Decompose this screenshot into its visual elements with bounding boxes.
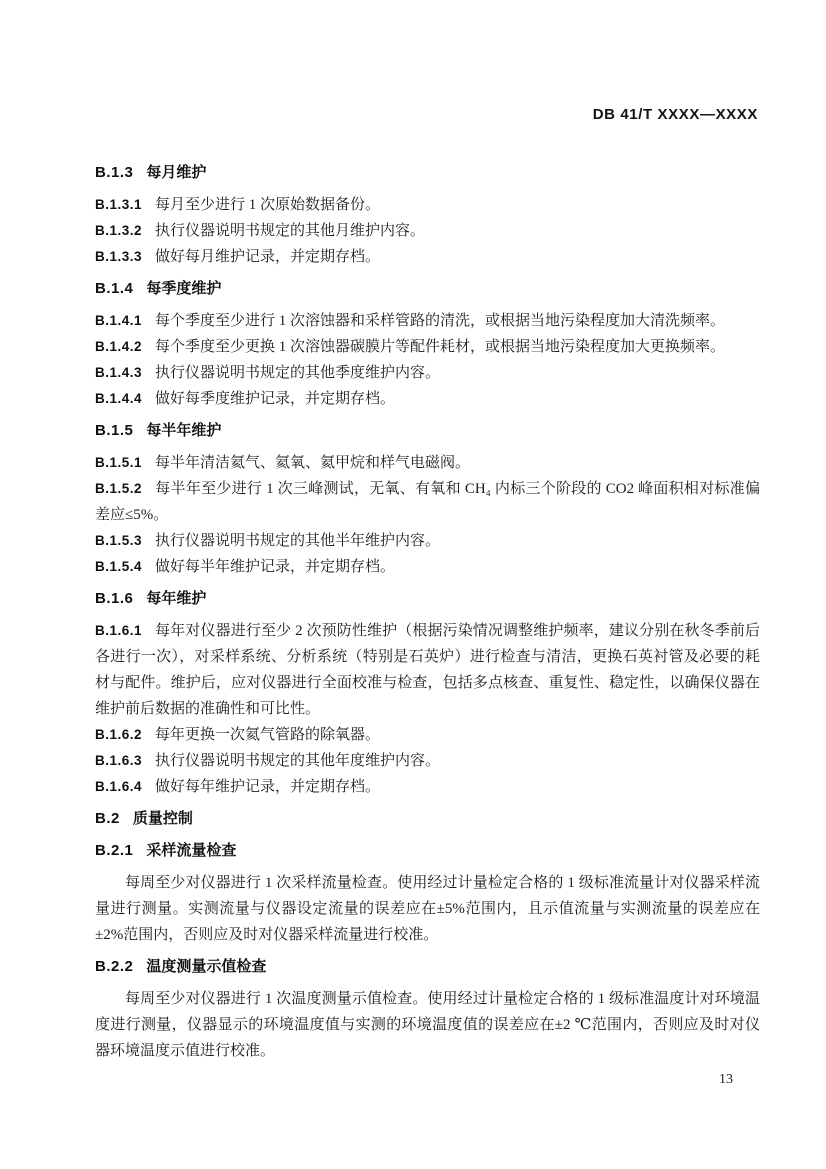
- clause-text: 执行仪器说明书规定的其他季度维护内容。: [155, 365, 440, 381]
- section-heading: B.2.2温度测量示值检查: [95, 954, 760, 980]
- paragraph-text: 每周至少对仪器进行 1 次采样流量检查。使用经过计量检定合格的 1 级标准流量计…: [95, 875, 760, 943]
- clause-text: 做好每年维护记录，并定期存档。: [155, 779, 380, 795]
- clause: B.1.6.1每年对仪器进行至少 2 次预防性维护（根据污染情况调整维护频率，建…: [95, 618, 760, 722]
- section-heading: B.2.1采样流量检查: [95, 838, 760, 864]
- section-heading: B.2质量控制: [95, 806, 760, 832]
- clause-text: 每个季度至少更换 1 次溶蚀器碳膜片等配件耗材，或根据当地污染程度加大更换频率。: [155, 339, 725, 355]
- clause: B.1.4.2每个季度至少更换 1 次溶蚀器碳膜片等配件耗材，或根据当地污染程度…: [95, 334, 760, 360]
- paragraph-text: 每周至少对仪器进行 1 次温度测量示值检查。使用经过计量检定合格的 1 级标准温…: [95, 991, 760, 1059]
- clause-text: 每年更换一次氦气管路的除氧器。: [155, 727, 380, 743]
- clause: B.1.4.3执行仪器说明书规定的其他季度维护内容。: [95, 360, 760, 386]
- clause: B.1.4.4做好每季度维护记录，并定期存档。: [95, 386, 760, 412]
- clause-number: B.1.3.3: [95, 249, 142, 264]
- clause-text: 执行仪器说明书规定的其他年度维护内容。: [155, 753, 440, 769]
- heading-title: 每月维护: [146, 164, 206, 181]
- clause-number: B.1.6.2: [95, 727, 142, 742]
- heading-number: B.1.5: [95, 422, 133, 439]
- clause-text: 每月至少进行 1 次原始数据备份。: [155, 197, 380, 213]
- heading-number: B.1.4: [95, 280, 133, 297]
- clause: B.1.3.3做好每月维护记录，并定期存档。: [95, 244, 760, 270]
- clause-number: B.1.4.4: [95, 391, 142, 406]
- clause-number: B.1.6.3: [95, 753, 142, 768]
- clause-text: 执行仪器说明书规定的其他半年维护内容。: [155, 533, 440, 549]
- heading-title: 每半年维护: [146, 422, 221, 439]
- heading-number: B.1.6: [95, 590, 133, 607]
- clause: B.1.4.1每个季度至少进行 1 次溶蚀器和采样管路的清洗，或根据当地污染程度…: [95, 308, 760, 334]
- clause-text: 做好每月维护记录，并定期存档。: [155, 249, 380, 265]
- clause-text: 每半年清洁氦气、氦氧、氦甲烷和样气电磁阀。: [155, 455, 470, 471]
- heading-title: 温度测量示值检查: [146, 958, 266, 975]
- clause-text: 执行仪器说明书规定的其他月维护内容。: [155, 223, 425, 239]
- body-paragraph: 每周至少对仪器进行 1 次采样流量检查。使用经过计量检定合格的 1 级标准流量计…: [95, 870, 760, 948]
- heading-number: B.2.2: [95, 958, 133, 975]
- standard-number-header: DB 41/T XXXX—XXXX: [593, 106, 758, 123]
- clause-number: B.1.5.4: [95, 559, 142, 574]
- body-paragraph: 每周至少对仪器进行 1 次温度测量示值检查。使用经过计量检定合格的 1 级标准温…: [95, 986, 760, 1064]
- clause-text: 每半年至少进行 1 次三峰测试，无氧、有氧和 CH₄ 内标三个阶段的 CO2 峰…: [95, 481, 760, 523]
- clause: B.1.5.3执行仪器说明书规定的其他半年维护内容。: [95, 528, 760, 554]
- document-page: DB 41/T XXXX—XXXX B.1.3每月维护B.1.3.1每月至少进行…: [0, 0, 826, 1169]
- clause-number: B.1.6.1: [95, 623, 142, 638]
- heading-number: B.2: [95, 810, 120, 827]
- clause-text: 做好每半年维护记录，并定期存档。: [155, 559, 395, 575]
- clause-number: B.1.5.1: [95, 455, 142, 470]
- clause: B.1.3.1每月至少进行 1 次原始数据备份。: [95, 192, 760, 218]
- clause-number: B.1.4.2: [95, 339, 142, 354]
- clause: B.1.6.2每年更换一次氦气管路的除氧器。: [95, 722, 760, 748]
- clause: B.1.5.1每半年清洁氦气、氦氧、氦甲烷和样气电磁阀。: [95, 450, 760, 476]
- heading-number: B.1.3: [95, 164, 133, 181]
- page-number: 13: [719, 1072, 733, 1088]
- section-heading: B.1.4每季度维护: [95, 276, 760, 302]
- clause-number: B.1.6.4: [95, 779, 142, 794]
- clause-number: B.1.3.1: [95, 197, 142, 212]
- clause: B.1.6.4做好每年维护记录，并定期存档。: [95, 774, 760, 800]
- clause-text: 每年对仪器进行至少 2 次预防性维护（根据污染情况调整维护频率，建议分别在秋冬季…: [95, 623, 760, 717]
- doc-body: B.1.3每月维护B.1.3.1每月至少进行 1 次原始数据备份。B.1.3.2…: [95, 160, 760, 1064]
- clause-number: B.1.4.1: [95, 313, 142, 328]
- section-heading: B.1.3每月维护: [95, 160, 760, 186]
- clause: B.1.5.4做好每半年维护记录，并定期存档。: [95, 554, 760, 580]
- heading-title: 采样流量检查: [146, 842, 236, 859]
- clause-text: 做好每季度维护记录，并定期存档。: [155, 391, 395, 407]
- clause-number: B.1.4.3: [95, 365, 142, 380]
- clause-number: B.1.3.2: [95, 223, 142, 238]
- clause-number: B.1.5.3: [95, 533, 142, 548]
- clause-number: B.1.5.2: [95, 481, 142, 496]
- section-heading: B.1.5每半年维护: [95, 418, 760, 444]
- clause: B.1.6.3执行仪器说明书规定的其他年度维护内容。: [95, 748, 760, 774]
- heading-title: 每年维护: [146, 590, 206, 607]
- heading-title: 每季度维护: [146, 280, 221, 297]
- section-heading: B.1.6每年维护: [95, 586, 760, 612]
- clause-text: 每个季度至少进行 1 次溶蚀器和采样管路的清洗，或根据当地污染程度加大清洗频率。: [155, 313, 725, 329]
- heading-number: B.2.1: [95, 842, 133, 859]
- clause: B.1.5.2每半年至少进行 1 次三峰测试，无氧、有氧和 CH₄ 内标三个阶段…: [95, 476, 760, 528]
- heading-title: 质量控制: [133, 810, 193, 827]
- clause: B.1.3.2执行仪器说明书规定的其他月维护内容。: [95, 218, 760, 244]
